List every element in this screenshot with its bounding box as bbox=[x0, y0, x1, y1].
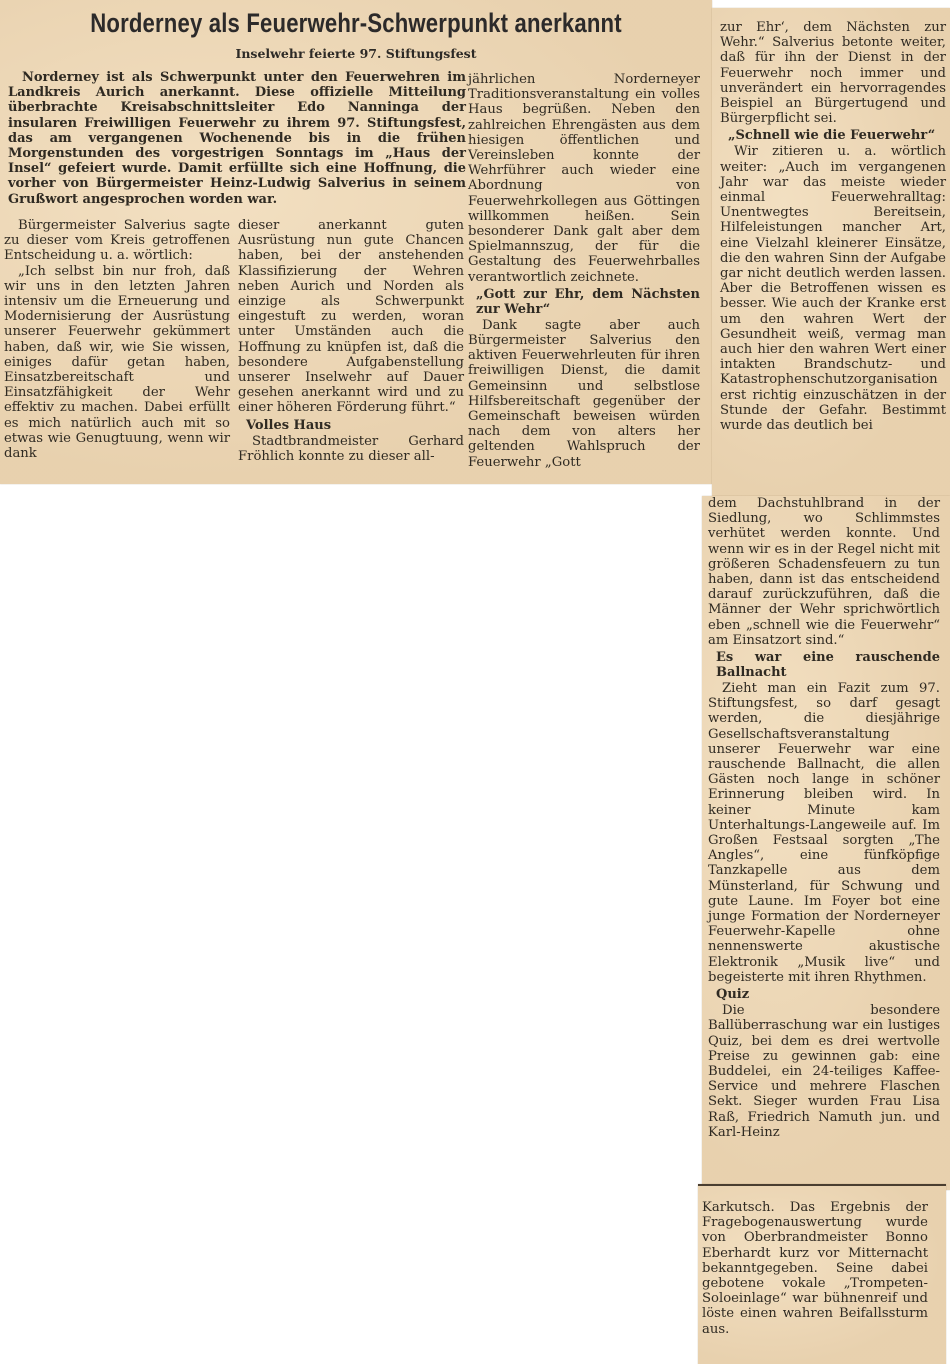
paragraph: „Ich selbst bin nur froh, daß wir uns in… bbox=[4, 264, 230, 462]
paragraph: Karkutsch. Das Ergebnis der Fragebogenau… bbox=[702, 1200, 928, 1337]
paragraph: Zieht man ein Fazit zum 97. Stiftungsfes… bbox=[708, 681, 940, 985]
column-4-middle: dem Dachstuhlbrand in der Siedlung, wo S… bbox=[708, 496, 940, 1140]
section-heading: „Schnell wie die Feuerwehr“ bbox=[728, 128, 946, 143]
paragraph: Die besondere Ballüberraschung war ein l… bbox=[708, 1003, 940, 1140]
paragraph: Dank sagte aber auch Bürgermeister Salve… bbox=[468, 318, 700, 470]
section-heading: Es war eine rauschende Ballnacht bbox=[716, 650, 940, 680]
column-4-top: zur Ehr‘, dem Nächsten zur Wehr.“ Salver… bbox=[720, 20, 946, 433]
article-lead: Norderney ist als Schwerpunkt unter den … bbox=[8, 70, 466, 207]
paragraph: zur Ehr‘, dem Nächsten zur Wehr.“ Salver… bbox=[720, 20, 946, 126]
paragraph: Wir zitieren u. a. wörtlich weiter: „Auc… bbox=[720, 144, 946, 433]
section-heading: Volles Haus bbox=[246, 418, 464, 433]
paragraph: jährlichen Norderneyer Traditionsveranst… bbox=[468, 72, 700, 285]
article-subheadline: Inselwehr feierte 97. Stiftungsfest bbox=[0, 46, 712, 61]
column-2: dieser anerkannt guten Ausrüstung nun gu… bbox=[238, 218, 464, 464]
article-headline: Norderney als Feuerwehr-Schwerpunkt aner… bbox=[64, 8, 648, 39]
paragraph: Stadtbrandmeister Gerhard Fröhlich konnt… bbox=[238, 434, 464, 464]
column-4-bottom: Karkutsch. Das Ergebnis der Fragebogenau… bbox=[702, 1200, 928, 1337]
section-heading: „Gott zur Ehr, dem Nächsten zur Wehr“ bbox=[476, 287, 700, 317]
paragraph: Bürgermeister Salverius sagte zu dieser … bbox=[4, 218, 230, 264]
column-1: Bürgermeister Salverius sagte zu dieser … bbox=[4, 218, 230, 461]
column-3: jährlichen Norderneyer Traditionsveranst… bbox=[468, 72, 700, 470]
paragraph: dem Dachstuhlbrand in der Siedlung, wo S… bbox=[708, 496, 940, 648]
paragraph: dieser anerkannt guten Ausrüstung nun gu… bbox=[238, 218, 464, 416]
section-heading: Quiz bbox=[716, 987, 940, 1002]
lead-paragraph: Norderney ist als Schwerpunkt unter den … bbox=[8, 70, 466, 207]
